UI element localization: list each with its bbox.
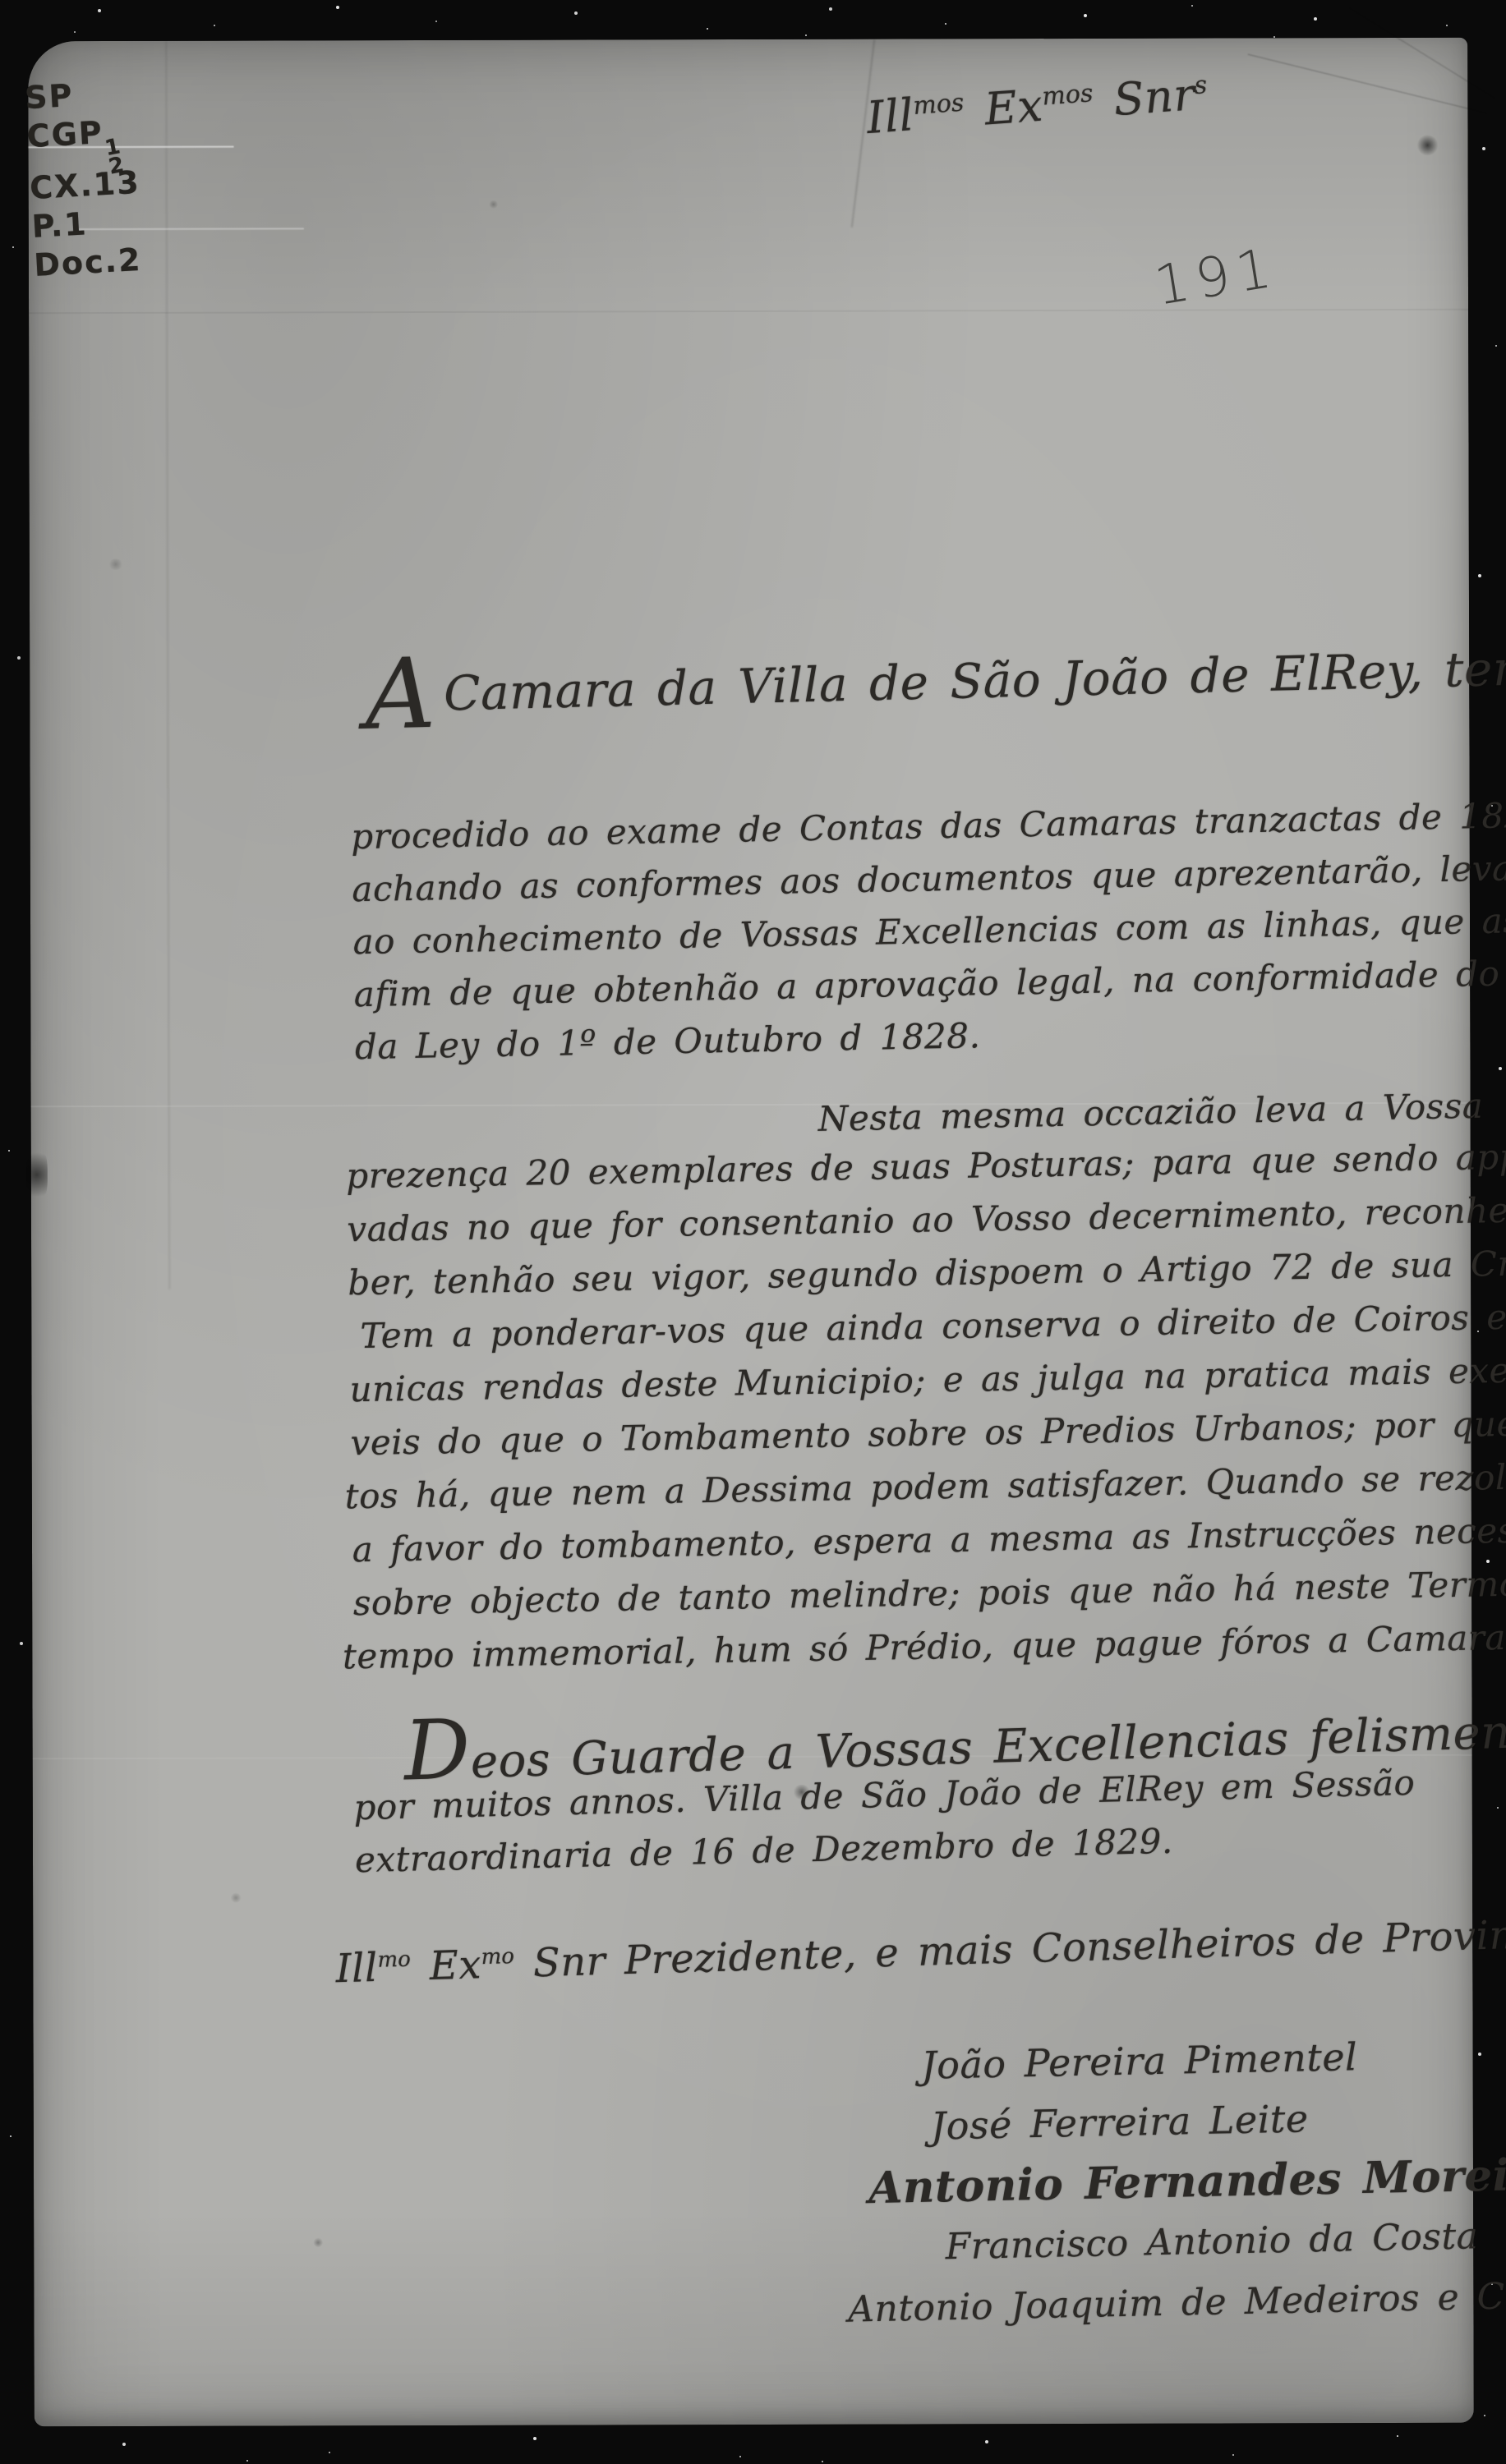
film-grain-speckles	[0, 0, 2, 2]
archival-stamp-text: CGP	[26, 114, 104, 154]
paper-stain	[108, 559, 123, 570]
edge-dark-mark	[26, 1146, 48, 1203]
opening-line: ACamara da Villa de São João de ElRey, t…	[365, 639, 1506, 724]
opening-text: Camara da Villa de São João de ElRey, te…	[443, 639, 1506, 722]
document-page: Illmos Exmos Snrs 191 SP CGP12 CX.13 P.1…	[28, 38, 1474, 2427]
paragraph-1: procedido ao exame de Contas das Camaras…	[351, 785, 1506, 1074]
signature: José Ferreira Leite	[930, 2082, 1506, 2156]
opening-initial: A	[364, 637, 437, 752]
address-superscript: mo	[481, 1944, 514, 1970]
pencil-page-number: 191	[1150, 236, 1282, 318]
address-superscript: mo	[377, 1947, 411, 1973]
signature: Francisco Antonio da Costa	[945, 2204, 1506, 2278]
signature: João Pereira Pimentel	[921, 2021, 1506, 2095]
photograph-background: { "colors": { "film_background": "#0a0a0…	[0, 0, 1506, 2464]
address-part: Ex	[410, 1942, 481, 1989]
paragraph-2: prezença 20 exemplares de suas Posturas;…	[346, 1127, 1506, 1683]
paper-stain	[230, 1893, 242, 1903]
address-part: Snr Prezidente, e mais Conselheiros de P…	[514, 1910, 1506, 1987]
signature-block: João Pereira Pimentel José Ferreira Leit…	[843, 2021, 1506, 2340]
horizontal-fold-crease	[29, 309, 1468, 315]
archival-fraction-bottom: 2	[107, 155, 127, 177]
paper-stain	[313, 2237, 323, 2247]
address-part: Ill	[335, 1945, 379, 1992]
paragraph-2-opener: Nesta mesma occazião leva a Vossa	[817, 1086, 1484, 1139]
address-line: Illmo Exmo Snr Prezidente, e mais Consel…	[335, 1910, 1506, 1992]
